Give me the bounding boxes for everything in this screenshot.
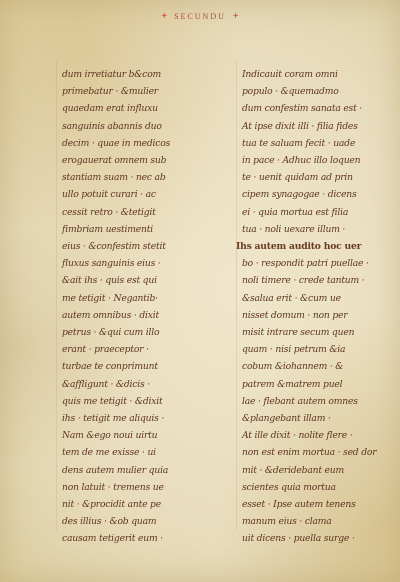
manuscript-page: + SECUNDU + dum irretiatur b&com primeba… [0,0,400,582]
text-line: tua · noli uexare illum · [242,221,377,238]
text-line: &plangebant illam · [242,410,377,427]
text-line: uit dicens · puella surge · [242,530,377,547]
text-line: cessit retro · &tetigit [62,204,192,221]
text-line: fimbriam uestimenti [62,221,192,238]
text-line: ullo potuit curari · ac [62,186,192,203]
text-line: primebatur · &mulier [62,83,192,100]
text-column-left: dum irretiatur b&com primebatur · &mulie… [62,66,192,548]
text-line: scientes quia mortua [242,479,377,496]
text-line: me tetigit · Negantib· [62,290,192,307]
text-line: sanguinis abannis duo [62,118,192,135]
text-line: &affligunt · &dicis · [62,376,192,393]
text-line: non latuit · tremens ue [62,479,192,496]
text-line-initial: Ihs autem audito hoc uer [236,238,377,255]
text-line: quaedam erat influxu [62,100,192,117]
text-line: esset · Ipse autem tenens [242,496,377,513]
ruling-line [236,60,237,530]
text-line: Nam &ego noui uirtu [62,427,192,444]
text-line: stantiam suam · nec ab [62,169,192,186]
running-head: + SECUNDU + [0,11,400,22]
text-line: eius · &confestim stetit [62,238,192,255]
text-line: bo · respondit patri puellae · [242,255,377,272]
text-line: dum confestim sanata est · [242,100,377,117]
text-line: tem de me exisse · ui [62,444,192,461]
text-line: ei · quia mortua est filia [242,204,377,221]
text-column-right: Indicauit coram omni populo · &quemadmo … [242,66,377,548]
text-line: Indicauit coram omni [242,66,377,83]
text-line: cipem synagogae · dicens [242,186,377,203]
text-line: fluxus sanguinis eius · [62,255,192,272]
text-line: noli timere · crede tantum · [242,272,377,289]
text-line: autem omnibus · dixit [62,307,192,324]
text-line: nit · &procidit ante pe [62,496,192,513]
text-line: dum irretiatur b&com [62,66,192,83]
text-line: petrus · &qui cum illo [62,324,192,341]
red-cross-right-icon: + [233,11,239,22]
text-line: &salua erit · &cum ue [242,290,377,307]
text-line: At ipse dixit illi · filia fides [242,118,377,135]
text-line: erogauerat omnem sub [62,152,192,169]
text-line: in pace · Adhuc illo loquen [242,152,377,169]
text-line: non est enim mortua · sed dor [242,444,377,461]
text-line: dens autem mulier quia [62,462,192,479]
text-line: causam tetigerit eum · [62,530,192,547]
text-line: misit intrare secum quen [242,324,377,341]
text-line: turbae te conprimunt [62,358,192,375]
running-head-title: SECUNDU [174,12,226,21]
text-line: quam · nisi petrum &ia [242,341,377,358]
red-cross-left-icon: + [161,11,167,22]
text-line: nisset domum · non per [242,307,377,324]
text-line: cobum &iohannem · & [242,358,377,375]
ruling-line [56,60,57,530]
text-line: te · uenit quidam ad prin [242,169,377,186]
text-line: populo · &quemadmo [242,83,377,100]
text-line: des illius · &ob quam [62,513,192,530]
text-line: quis me tetigit · &dixit [62,393,192,410]
text-line: lae · flebant autem omnes [242,393,377,410]
text-line: ihs · tetigit me aliquis · [62,410,192,427]
text-line: mit · &deridebant eum [242,462,377,479]
text-line: patrem &matrem puel [242,376,377,393]
text-line: manum eius · clama [242,513,377,530]
text-line: tua te saluam fecit · uade [242,135,377,152]
text-line: &ait ihs · quis est qui [62,272,192,289]
text-line: decim · quae in medicos [62,135,192,152]
text-line: erant · praeceptor · [62,341,192,358]
text-line: At ille dixit · nolite flere · [242,427,377,444]
